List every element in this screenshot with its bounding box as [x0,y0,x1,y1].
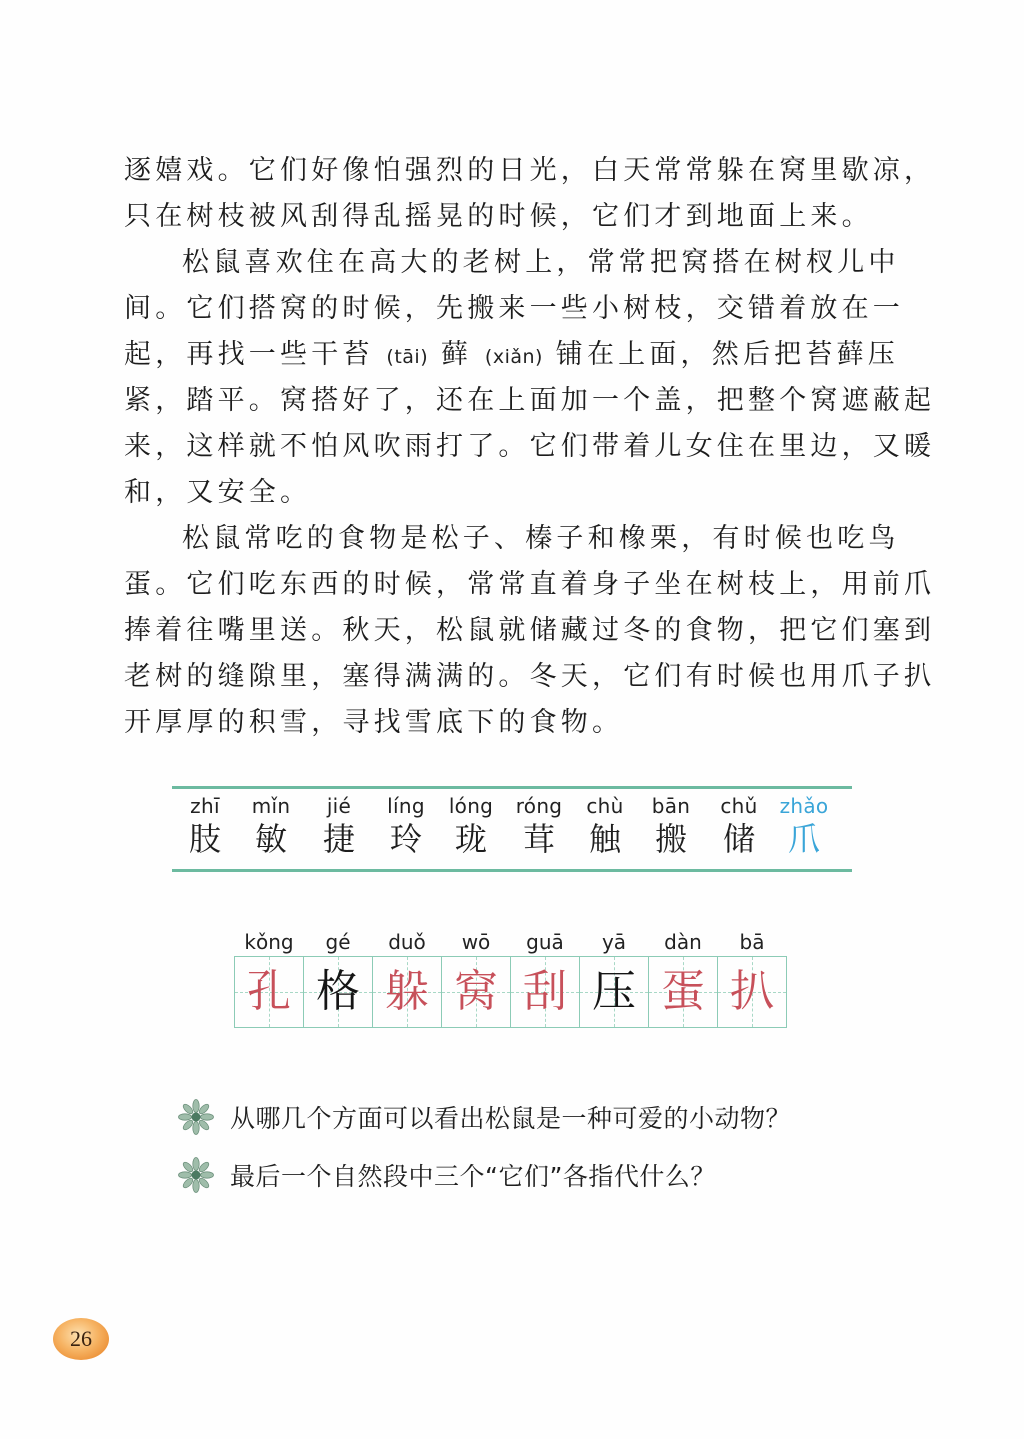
question-text: 最后一个自然段中三个“它们”各指代什么？ [230,1157,716,1193]
grid-pinyin: guā [510,928,580,956]
vocab-char: 肢 [170,819,240,859]
vocab-char: 茸 [504,819,574,859]
grid-cell: 扒 [718,957,787,1027]
lesson-body-text: 逐嬉戏。它们好像怕强烈的日光，白天常常躲在窝里歇凉， 只在树枝被风刮得乱摇晃的时… [124,148,904,746]
question-item: 从哪几个方面可以看出松鼠是一种可爱的小动物？ [178,1088,791,1146]
grid-char: 孔 [247,966,291,1017]
grid-pinyin: dàn [648,928,718,956]
vocab-char: 玲 [371,819,441,859]
vocab-char: 储 [704,819,774,859]
flower-icon [178,1099,214,1135]
vocab-char: 敏 [236,819,306,859]
textbook-page: 逐嬉戏。它们好像怕强烈的日光，白天常常躲在窝里歇凉， 只在树枝被风刮得乱摇晃的时… [0,0,1024,1439]
vocab-item: róng 茸 [504,793,574,859]
text-line: 和，又安全。 [124,470,904,516]
text-line: 紧，踏平。窝搭好了，还在上面加一个盖，把整个窝遮蔽起 [124,378,904,424]
grid-pinyin: yā [579,928,649,956]
vocab-char: 触 [570,819,640,859]
vocab-pinyin: chù [570,793,640,819]
inline-pinyin: (tāi) [386,346,428,368]
vocab-pinyin: zhǎo [769,793,839,819]
text-segment: 铺在上面，然后把苔藓压 [556,339,899,370]
grid-char: 躲 [385,966,429,1017]
text-line: 逐嬉戏。它们好像怕强烈的日光，白天常常躲在窝里歇凉， [124,148,904,194]
grid-row: 孔 格 躲 窝 刮 压 蛋 扒 [234,956,787,1028]
grid-pinyin: kǒng [234,928,304,956]
question-item: 最后一个自然段中三个“它们”各指代什么？ [178,1146,791,1204]
inline-pinyin: (xiǎn) [485,346,543,368]
vocab-pinyin: líng [371,793,441,819]
grid-cell: 窝 [442,957,511,1027]
text-line: 捧着往嘴里送。秋天，松鼠就储藏过冬的食物，把它们塞到 [124,608,904,654]
vocab-item: mǐn 敏 [236,793,306,859]
grid-cell: 压 [580,957,649,1027]
vocab-pinyin: zhī [170,793,240,819]
grid-cell: 格 [304,957,373,1027]
vocab-item: chǔ 储 [704,793,774,859]
text-segment: 起，再找一些干苔 [124,339,374,370]
exercise-questions: 从哪几个方面可以看出松鼠是一种可爱的小动物？ 最后一个自然段中三个“它们”各指代… [178,1088,791,1204]
text-line: 松鼠喜欢住在高大的老树上，常常把窝搭在树杈儿中 [124,240,904,286]
vocab-item: zhī 肢 [170,793,240,859]
vocab-item: jié 捷 [304,793,374,859]
question-text: 从哪几个方面可以看出松鼠是一种可爱的小动物？ [230,1099,791,1135]
vocab-pinyin: jié [304,793,374,819]
vocab-pinyin: lóng [436,793,506,819]
vocab-pinyin: chǔ [704,793,774,819]
text-line: 来，这样就不怕风吹雨打了。它们带着儿女住在里边，又暖 [124,424,904,470]
text-line: 蛋。它们吃东西的时候，常常直着身子坐在树枝上，用前爪 [124,562,904,608]
grid-char: 刮 [523,966,567,1017]
vocab-pinyin: mǐn [236,793,306,819]
text-line-with-pinyin: 起，再找一些干苔 (tāi) 藓 (xiǎn) 铺在上面，然后把苔藓压 [124,332,904,378]
vocab-char: 爪 [769,819,839,859]
text-line: 只在树枝被风刮得乱摇晃的时候，它们才到地面上来。 [124,194,904,240]
grid-char: 格 [316,966,360,1017]
flower-icon [178,1157,214,1193]
grid-char: 窝 [454,966,498,1017]
vocab-item: bān 搬 [636,793,706,859]
grid-char: 蛋 [661,966,705,1017]
text-segment: 藓 [441,339,472,370]
vocab-item-highlighted: zhǎo 爪 [769,793,839,859]
vocab-pinyin: róng [504,793,574,819]
vocab-char: 搬 [636,819,706,859]
text-line: 开厚厚的积雪，寻找雪底下的食物。 [124,700,904,746]
grid-pinyin: gé [303,928,373,956]
grid-char: 压 [592,966,636,1017]
grid-pinyin-row: kǒng gé duǒ wō guā yā dàn bā [234,928,787,956]
text-line: 松鼠常吃的食物是松子、榛子和橡栗，有时候也吃鸟 [124,516,904,562]
grid-cell: 孔 [235,957,304,1027]
grid-cell: 蛋 [649,957,718,1027]
grid-pinyin: wō [441,928,511,956]
text-line: 间。它们搭窝的时候，先搬来一些小树枝，交错着放在一 [124,286,904,332]
grid-pinyin: bā [717,928,787,956]
grid-pinyin: duǒ [372,928,442,956]
vocab-char: 捷 [304,819,374,859]
grid-cell: 刮 [511,957,580,1027]
vocab-item: chù 触 [570,793,640,859]
vocab-item: líng 玲 [371,793,441,859]
vocab-pinyin: bān [636,793,706,819]
vocab-item: lóng 珑 [436,793,506,859]
grid-char: 扒 [730,966,774,1017]
grid-cell: 躲 [373,957,442,1027]
text-line: 老树的缝隙里，塞得满满的。冬天，它们有时候也用爪子扒 [124,654,904,700]
page-number-badge: 26 [53,1318,109,1360]
vocab-char: 珑 [436,819,506,859]
writing-grid: kǒng gé duǒ wō guā yā dàn bā 孔 格 躲 窝 刮 压… [234,928,787,1028]
reading-words-strip: zhī 肢 mǐn 敏 jié 捷 líng 玲 lóng 珑 róng 茸 c… [172,786,852,872]
